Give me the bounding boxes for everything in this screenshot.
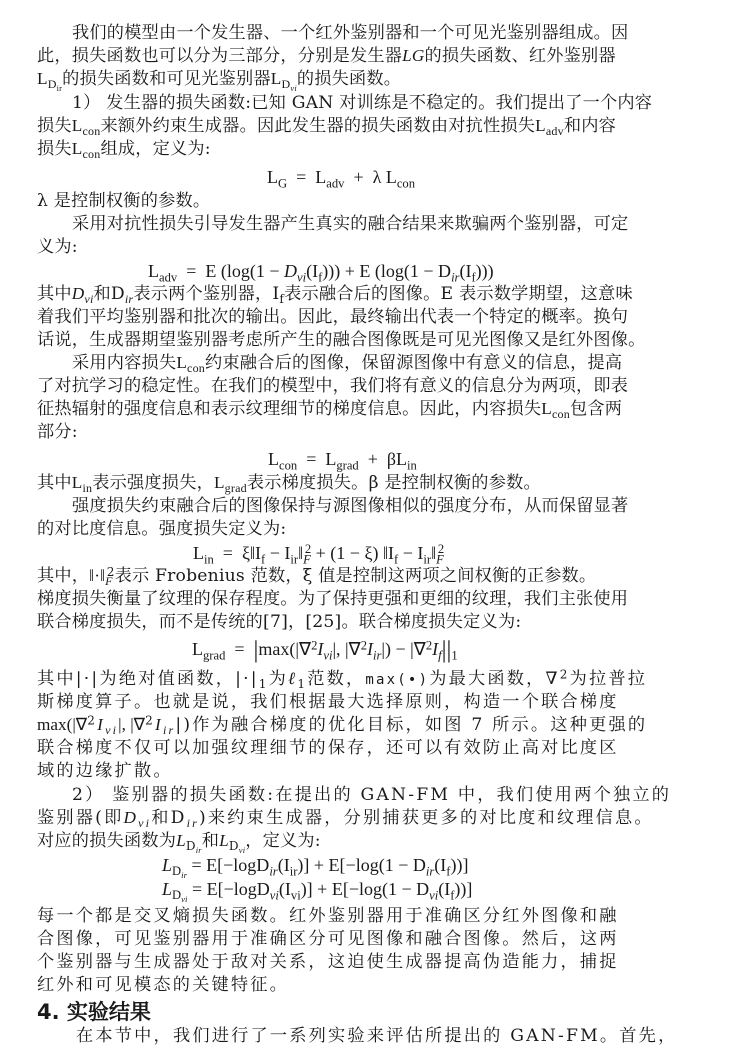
text-line: 损失Lcon组成，定义为: (37, 138, 657, 160)
text: 联合梯度损失，而不是传统的[7]，[25]。联合梯度损失定义为: (37, 612, 521, 632)
text: 域的边缘扩散。 (37, 761, 173, 781)
text: 每一个都是交叉熵损失函数。红外鉴别器用于准确区分红外图像和融 (37, 906, 619, 926)
text-line: 着我们平均鉴别器和批次的输出。因此，最终输出代表一个特定的概率。换句 (37, 306, 657, 328)
text-line: 部分: (37, 421, 657, 443)
text-line: 其中|·|为绝对值函数，|·|1为ℓ1范数，max(•)为最大函数，∇2为拉普拉 (37, 668, 657, 691)
text-line: 合图像，可见鉴别器用于准确区分可见图像和融合图像。然后，这两 (37, 928, 657, 950)
text: 着我们平均鉴别器和批次的输出。因此，最终输出代表一个特定的概率。换句 (37, 307, 628, 327)
text-line: 1） 发生器的损失函数:已知 GAN 对训练是不稳定的。我们提出了一个内容 (72, 92, 692, 114)
text: 损失 (37, 139, 72, 159)
text-line: 了对抗学习的稳定性。在我们的模型中，我们将有意义的信息分为两项，即表 (37, 375, 657, 397)
text: 斯梯度算子。也就是说，我们根据最大选择原则，构造一个联合梯度 (37, 692, 619, 712)
equation-LDvi: LDvi = E[−logDvi(Ivi)] + E[−log(1 − Dvi(… (162, 878, 472, 900)
math-Lcon: Lcon (72, 139, 101, 158)
text-line: 强度损失约束融合后的图像保持与源图像相似的强度分布，从而保留显著 (72, 495, 692, 517)
text: 红外和可见模态的关键特征。 (37, 975, 289, 995)
text-line: 此，损失函数也可以分为三部分，分别是发生器LG的损失函数、红外鉴别器 (37, 45, 657, 67)
text-line: λ 是控制权衡的参数。 (37, 190, 657, 212)
text: 的损失函数和可见光鉴别器 (62, 69, 271, 89)
equation-LG: LG = Ladv + λ Lcon (267, 166, 415, 188)
text: 在本节中，我们进行了一系列实验来评估所提出的 GAN-FM。首先， (76, 1026, 677, 1046)
text: 此，损失函数也可以分为三部分，分别是发生器 (37, 46, 402, 66)
text: 采用对抗性损失引导发生器产生真实的融合结果来欺骗两个鉴别器，可定 (72, 214, 628, 234)
text-line: 损失Lcon来额外约束生成器。因此发生器的损失函数由对抗性损失Ladv和内容 (37, 115, 657, 137)
text: 的对比度信息。强度损失定义为: (37, 519, 286, 539)
text-line: 每一个都是交叉熵损失函数。红外鉴别器用于准确区分红外图像和融 (37, 905, 657, 927)
text-line: 联合梯度不仅可以加强纹理细节的保存，还可以有效防止高对比度区 (37, 737, 657, 759)
section-title: 实验结果 (67, 1000, 151, 1024)
text-line: 梯度损失衡量了纹理的保存程度。为了保持更强和更细的纹理，我们主张使用 (37, 588, 657, 610)
text: 联合梯度不仅可以加强纹理细节的保存，还可以有效防止高对比度区 (37, 738, 619, 758)
equation-Lin: Lin = ξ‖If − Iir‖F2 + (1 − ξ) ‖If − Iir‖… (193, 542, 444, 564)
text: 的损失函数。 (297, 69, 401, 89)
text-line: 采用对抗性损失引导发生器产生真实的融合结果来欺骗两个鉴别器，可定 (72, 213, 692, 235)
equation-Lgrad: Lgrad = |max(|∇2Ivi|, |∇2Iir|) − |∇2If||… (192, 638, 458, 661)
equation-Ladv: Ladv = E (log(1 − Dvi(If))) + E (log(1 −… (148, 260, 494, 282)
text-line: 话说，生成器期望鉴别器考虑所产生的融合图像既是可见光图像又是红外图像。 (37, 329, 657, 351)
text-line: 的对比度信息。强度损失定义为: (37, 518, 657, 540)
text-line: 采用内容损失Lcon约束融合后的图像，保留源图像中有意义的信息，提高 (72, 352, 692, 374)
math-LDir: LDir (37, 69, 62, 88)
math-symbol: LG (402, 46, 424, 65)
math-LDvi: LDvi (271, 69, 297, 88)
equation-Lcon: Lcon = Lgrad + βLin (268, 448, 417, 470)
text: 梯度损失衡量了纹理的保存程度。为了保持更强和更细的纹理，我们主张使用 (37, 589, 628, 609)
text-line: 联合梯度损失，而不是传统的[7]，[25]。联合梯度损失定义为: (37, 611, 657, 633)
section-number: 4. (37, 1000, 60, 1024)
text: 个鉴别器与生成器处于敌对关系，这迫使生成器提高伪造能力，捕捉 (37, 952, 619, 972)
text-line: LDir的损失函数和可见光鉴别器LDvi的损失函数。 (37, 68, 657, 90)
text: 了对抗学习的稳定性。在我们的模型中，我们将有意义的信息分为两项，即表 (37, 376, 628, 396)
text-line: 其中Dvi和Dir表示两个鉴别器，If表示融合后的图像。E 表示数学期望，这意味 (37, 283, 657, 305)
text: 强度损失约束融合后的图像保持与源图像相似的强度分布，从而保留显著 (72, 496, 628, 516)
text-line: 个鉴别器与生成器处于敌对关系，这迫使生成器提高伪造能力，捕捉 (37, 951, 657, 973)
text: 的损失函数、红外鉴别器 (425, 46, 616, 66)
text-line: 鉴别器(即Dvi和Dir)来约束生成器，分别捕获更多的对比度和纹理信息。 (37, 807, 657, 829)
text-line: 2） 鉴别器的损失函数:在提出的 GAN-FM 中，我们使用两个独立的 (72, 784, 692, 806)
text: 话说，生成器期望鉴别器考虑所产生的融合图像既是可见光图像又是红外图像。 (37, 330, 646, 350)
text: 义为: (37, 237, 78, 257)
text-line: 对应的损失函数为LDir和LDvi，定义为: (37, 830, 657, 852)
text-line: max(|∇2Ivi|, |∇2Iir|)作为融合梯度的优化目标，如图 7 所示… (37, 714, 657, 736)
equation-LDir: LDir = E[−logDir(Iir)] + E[−log(1 − Dir(… (162, 854, 468, 876)
text: 2） 鉴别器的损失函数:在提出的 GAN-FM 中，我们使用两个独立的 (72, 785, 671, 805)
text: 1） 发生器的损失函数:已知 GAN 对训练是不稳定的。我们提出了一个内容 (72, 93, 652, 113)
section-heading: 4. 实验结果 (37, 996, 151, 1026)
text: 部分: (37, 422, 78, 442)
text: 损失 (37, 116, 72, 136)
text: 组成，定义为: (100, 139, 210, 159)
text-line: 义为: (37, 236, 657, 258)
text-line: 在本节中，我们进行了一系列实验来评估所提出的 GAN-FM。首先， (76, 1025, 696, 1047)
text: 和内容 (564, 116, 616, 136)
text-line: 我们的模型由一个发生器、一个红外鉴别器和一个可见光鉴别器组成。因 (72, 22, 692, 44)
text-line: 征热辐射的强度信息和表示纹理细节的梯度信息。因此，内容损失Lcon包含两 (37, 398, 657, 420)
text-line: 其中Lin表示强度损失，Lgrad表示梯度损失。β 是控制权衡的参数。 (37, 472, 657, 494)
text: 合图像，可见鉴别器用于准确区分可见图像和融合图像。然后，这两 (37, 929, 619, 949)
text: λ 是控制权衡的参数。 (37, 191, 210, 211)
text-line: 其中，‖·‖F2表示 Frobenius 范数，ξ 值是控制这两项之间权衡的正参… (37, 565, 657, 587)
math-Ladv: Ladv (535, 116, 564, 135)
text: 我们的模型由一个发生器、一个红外鉴别器和一个可见光鉴别器组成。因 (72, 23, 628, 43)
math-Lcon: Lcon (72, 116, 101, 135)
text-line: 红外和可见模态的关键特征。 (37, 974, 657, 996)
text-line: 域的边缘扩散。 (37, 760, 657, 782)
text: 来额外约束生成器。因此发生器的损失函数由对抗性损失 (100, 116, 535, 136)
text-line: 斯梯度算子。也就是说，我们根据最大选择原则，构造一个联合梯度 (37, 691, 657, 713)
